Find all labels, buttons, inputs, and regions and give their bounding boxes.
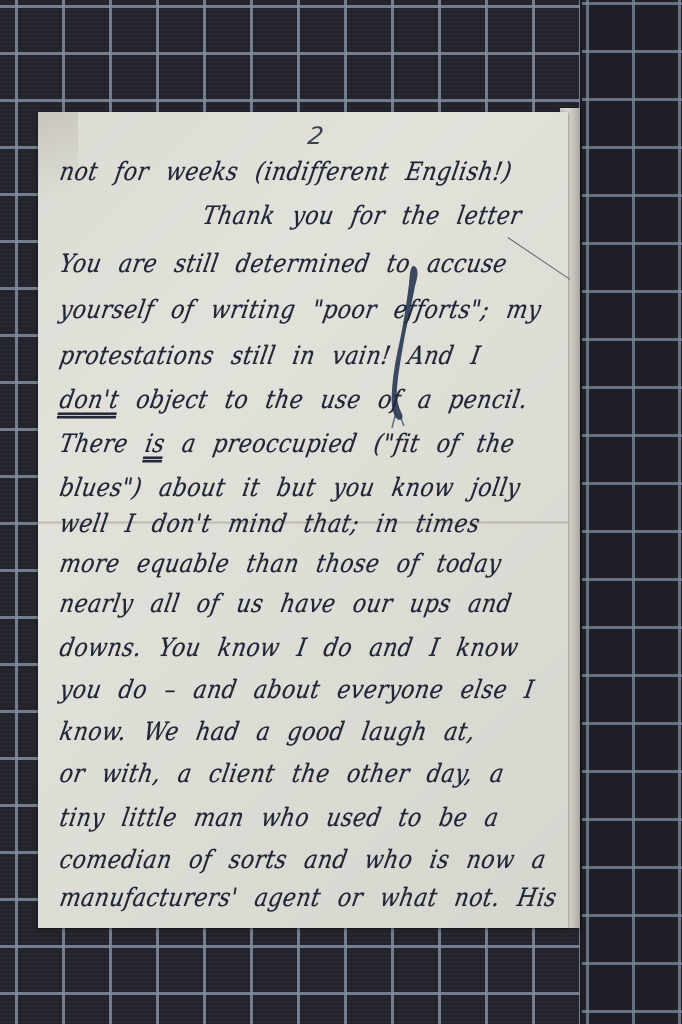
letter-line-8: blues") about it but you know jolly (57, 474, 562, 503)
letter-line-9: well I don't mind that; in times (57, 510, 562, 539)
letter-line-6-post: object to the use of a pencil. (116, 386, 530, 415)
letter-line-3: You are still determined to accuse (57, 250, 562, 279)
underlined-word-dont: don't (57, 386, 121, 415)
letter-line-14: know. We had a good laugh at, (57, 718, 562, 747)
letter-line-15: or with, a client the other day, a (57, 760, 562, 789)
letter-line-5: protestations still in vain! And I (57, 342, 562, 371)
letter-line-1: not for weeks (indifferent English!) (57, 158, 562, 187)
letter-line-13: you do – and about everyone else I (57, 676, 562, 705)
letter-line-11: nearly all of us have our ups and (57, 590, 562, 619)
letter-line-6: don't object to the use of a pencil. (57, 386, 562, 415)
letter-line-18: manufacturers' agent or what not. His (57, 884, 562, 913)
letter-line-10: more equable than those of today (57, 550, 562, 579)
letter-line-16: tiny little man who used to be a (57, 804, 562, 833)
letter-line-4: yourself of writing "poor efforts"; my (57, 296, 562, 325)
letter-line-7-pre: There (57, 430, 147, 459)
cutting-mat-right-strip (580, 0, 682, 1024)
letter-line-7-post: a preoccupied ("fit of the (162, 430, 517, 459)
page-number: 2 (306, 122, 325, 150)
letter-line-2: Thank you for the letter (200, 202, 682, 231)
letter-line-17: comedian of sorts and who is now a (57, 846, 562, 875)
letter-line-12: downs. You know I do and I know (57, 634, 562, 663)
letter-page: 2 not for weeks (indifferent English!) T… (38, 112, 568, 928)
letter-line-7: There is a preoccupied ("fit of the (57, 430, 562, 459)
